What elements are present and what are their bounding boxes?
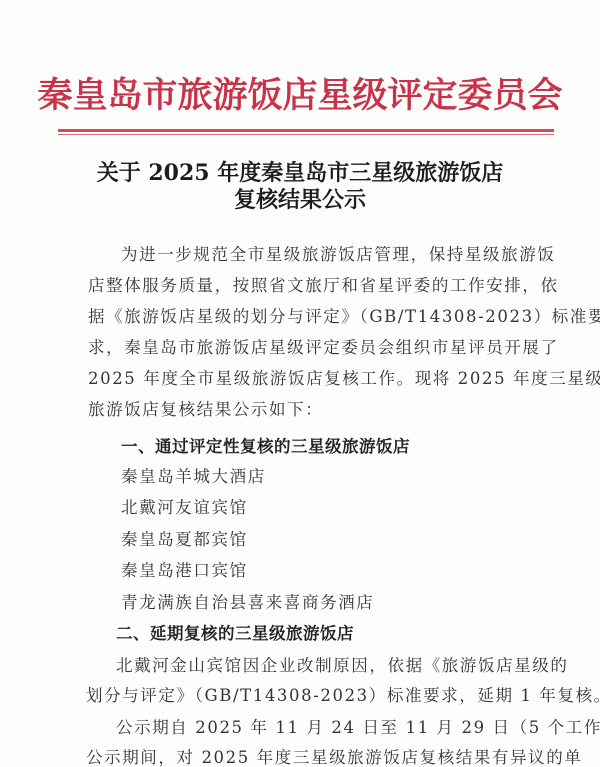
hotel-list-item: 秦皇岛夏都宾馆 — [121, 530, 248, 550]
hotel-list-item: 青龙满族自治县喜来喜商务酒店 — [121, 593, 374, 613]
intro-line: 店整体服务质量，按照省文旅厅和省星评委的工作安排，依 — [88, 276, 559, 296]
masthead-org-name: 秦皇岛市旅游饭店星级评定委员会 — [0, 76, 600, 116]
masthead-red-rule-thin — [58, 134, 554, 135]
intro-line: 旅游饭店复核结果公示如下： — [88, 400, 323, 420]
intro-line: 据《旅游饭店星级的划分与评定》（GB/T14308-2023）标准要 — [88, 307, 600, 327]
notice-line: 公示期自 2025 年 11 月 24 日至 11 月 29 日（5 个工作日）… — [116, 718, 600, 738]
hotel-list-item: 秦皇岛羊城大酒店 — [121, 467, 266, 487]
hotel-list-item: 秦皇岛港口宾馆 — [121, 561, 248, 581]
section2-line: 划分与评定》（GB/T14308-2023）标准要求，延期 1 年复核。 — [86, 686, 600, 706]
document-title-line2: 复核结果公示 — [0, 187, 600, 213]
notice-line: 公示期间，对 2025 年度三星级旅游饭店复核结果有异议的单 — [86, 748, 582, 767]
section1-heading: 一、通过评定性复核的三星级旅游饭店 — [121, 437, 410, 457]
document-page: 秦皇岛市旅游饭店星级评定委员会 关于 2025 年度秦皇岛市三星级旅游饭店 复核… — [0, 0, 600, 767]
intro-line: 求，秦皇岛市旅游饭店星级评定委员会组织市星评员开展了 — [88, 338, 559, 358]
intro-line: 为进一步规范全市星级旅游饭店管理，保持星级旅游饭 — [121, 245, 555, 265]
hotel-list-item: 北戴河友谊宾馆 — [121, 498, 248, 518]
document-title-line1: 关于 2025 年度秦皇岛市三星级旅游饭店 — [0, 160, 600, 186]
masthead-red-rule — [58, 129, 554, 132]
intro-line: 2025 年度全市星级旅游饭店复核工作。现将 2025 年度三星级 — [88, 369, 600, 389]
section2-heading: 二、延期复核的三星级旅游饭店 — [116, 624, 354, 644]
section2-line: 北戴河金山宾馆因企业改制原因，依据《旅游饭店星级的 — [116, 656, 569, 676]
